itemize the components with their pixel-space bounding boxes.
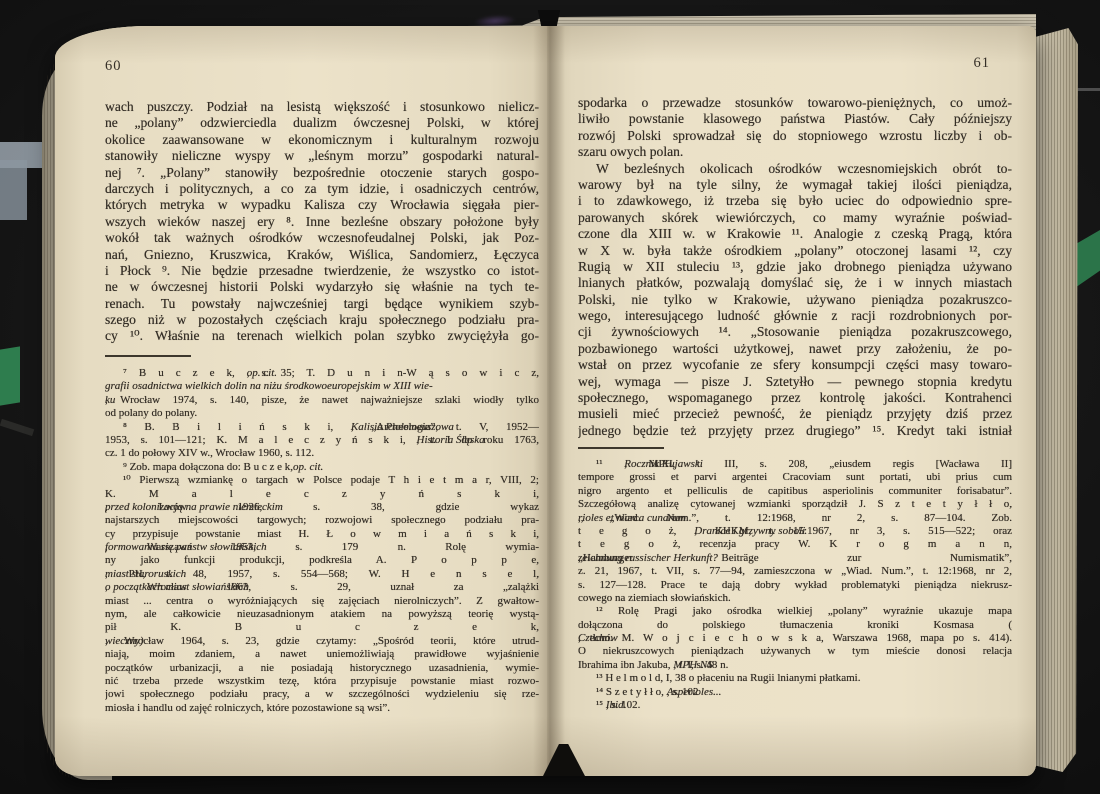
- text-line: nić trzeba przede wszystkim tezę, która …: [105, 675, 539, 688]
- text-line: ⁹ Zob. mapa dołączona do: B u c z e k, o…: [105, 461, 539, 474]
- text-line: Polski, nie tylko w Krakowie, używano pi…: [578, 292, 1012, 308]
- text-line: nym, ale całkowicie nieuzasadnionym atak…: [105, 608, 539, 621]
- text-line: przed kolonizacją na prawie niemieckim, …: [105, 501, 539, 514]
- text-line: których metryka w wypadku Kalisza czy Wr…: [105, 197, 539, 213]
- text-line: stanowiły nieliczne wyspy w „leśnym morz…: [105, 148, 539, 164]
- text-line: zeichnung russischer Herkunft? „Hamburge…: [578, 552, 1012, 565]
- right-fore-edge-page-stack: [1030, 28, 1078, 772]
- text-line: wszych wieków naszej ery ⁸. Inne bezleśn…: [105, 214, 539, 230]
- text-line: K. M a l e c z y ń s k i, Najstarsze tar…: [105, 488, 539, 501]
- right-page-body-text: spodarka o przewadze stosunków towarowo-…: [578, 95, 1012, 439]
- text-line: cji żywnościowych ¹⁴. „Stosowanie pienią…: [578, 324, 1012, 340]
- text-line: O niekruszcowych pieniądzach używanych w…: [578, 645, 1012, 658]
- text-line: i to zdawkowego, iż trzeba się było ucie…: [578, 193, 1012, 209]
- text-line: Czechów, tłum. M. W o j c i e c h o w s …: [578, 632, 1012, 645]
- text-line: ne w ówczesnej historii Polski wydarzyło…: [105, 279, 539, 295]
- text-line: i Płock ⁹. Nie będzie przesadne twierdze…: [105, 263, 539, 279]
- book-photo: 60 wach puszczy. Podział na lesistą więk…: [0, 0, 1100, 794]
- right-page-footnotes: ¹¹ Rocznik Kujawski, MPH, t. III, s. 208…: [578, 458, 1012, 712]
- text-line: wieczny), Wrocław 1964, s. 23, gdzie czy…: [105, 635, 539, 648]
- text-line: początków urbanizacji, a nie posiadają h…: [105, 662, 539, 675]
- text-line: ¹¹ Rocznik Kujawski, MPH, t. III, s. 208…: [578, 458, 1012, 471]
- page-number-left: 60: [105, 58, 165, 75]
- text-line: niają, moim zdaniem, a nawet uniemożliwi…: [105, 648, 539, 661]
- text-line: ¹⁰ Pierwszą wzmiankę o targach w Polsce …: [105, 474, 539, 487]
- text-line: pozbawionego wartości użytkowej, nawet p…: [578, 341, 1012, 357]
- text-line: dołączona do polskiego tłumaczenia kroni…: [578, 619, 1012, 632]
- text-line: renach. Tu powstały najwcześniej targi b…: [105, 296, 539, 312]
- text-line: o początkach miast słowiańskich, Wrocław…: [105, 581, 539, 594]
- footnote-separator-right: [578, 447, 664, 449]
- text-line: rozwój Polski sprowadzał się do stopniow…: [578, 128, 1012, 144]
- text-line: 1953, s. 101—121; K. M a l e c z y ń s k…: [105, 434, 539, 447]
- text-line: spodarka o przewadze stosunków towarowo-…: [578, 95, 1012, 111]
- text-line: ¹⁵ Ibid., s. 102.: [578, 699, 1012, 712]
- green-cover-edge-left: [0, 346, 20, 405]
- text-line: warowy był na tyle silny, że wymagał tak…: [578, 177, 1012, 193]
- text-line: najstarszych miejscowości targowych; roz…: [105, 514, 539, 527]
- text-line: wej, wymaga — pisze J. Sztetyłło — pewne…: [578, 374, 1012, 390]
- text-line: Ibrahima ibn Jakuba, MPH NS, t. I, s. 48…: [578, 659, 1012, 672]
- text-line: ne „polany” odzwierciedla dualizm ówczes…: [105, 115, 539, 131]
- text-line: nigro argento et pelliculis de capitibus…: [578, 485, 1012, 498]
- text-line: szaru owych polan.: [578, 144, 1012, 160]
- text-line: ¹⁴ S z e t y ł ł o, Asperioles..., s. 10…: [578, 686, 1012, 699]
- text-line: Szczegółową analizę cytowanej wzmianki s…: [578, 498, 1012, 511]
- text-line: miast ... centra o wyróżniających się za…: [105, 595, 539, 608]
- text-line: parowanych skórek wiewiórczych, co mamy …: [578, 210, 1012, 226]
- text-line: grafii osadnictwa wielkich dolin na niżu…: [105, 380, 539, 393]
- text-line: musieli mieć przecież pewność, że pienią…: [578, 406, 1012, 422]
- left-page-footnotes: ⁷ B u c z e k, op. cit., s. 35; T. D u n…: [105, 367, 539, 715]
- text-line: W bezleśnych okolicach ośrodków wczesnom…: [578, 161, 1012, 177]
- text-line: ku, Wrocław 1974, s. 140, pisze, że nawe…: [105, 394, 539, 407]
- left-page-body-text: wach puszczy. Podział na lesistą większo…: [105, 99, 539, 345]
- text-line: rioles et marca cunarum,, „Wiad. Num.”, …: [578, 512, 1012, 525]
- text-line: ¹² Rolę Pragi jako ośrodka wielkiej „pol…: [578, 605, 1012, 618]
- text-line: społecznego, wspomaganego przez kontrolę…: [578, 390, 1012, 406]
- text-line: wokół tak ważnych ośrodków wczesnofeudal…: [105, 230, 539, 246]
- text-line: darczych i politycznych, a co za tym idz…: [105, 181, 539, 197]
- text-line: z. 21, 1967, t. VII, s. 77—94, zamieszcz…: [578, 565, 1012, 578]
- text-line: okolice zaawansowane w ekonomicznym i ku…: [105, 132, 539, 148]
- text-line: wach puszczy. Podział na lesistą większo…: [105, 99, 539, 115]
- page-number-right: 61: [578, 55, 1012, 72]
- text-line: Rugią w XII stuleciu ¹³, gdzie jako drob…: [578, 259, 1012, 275]
- text-line: s. 127—128. Prace te dają dobry wykład p…: [578, 579, 1012, 592]
- background-shadow-line-left: [0, 419, 34, 436]
- text-line: jednego będzie też przyjęty przez drugie…: [578, 423, 1012, 439]
- text-line: cy przypisuje powstanie miast H. Ł o w m…: [105, 528, 539, 541]
- text-line: jowi społecznego podziału pracy, a w szc…: [105, 688, 539, 701]
- text-line: t e g o ż, recenzja pracy W. K r o g m a…: [578, 538, 1012, 551]
- text-line: ¹³ H e l m o l d, I, 38 o płaceniu na Ru…: [578, 672, 1012, 685]
- text-line: wstał on przez wycofanie ze sfery konsum…: [578, 357, 1012, 373]
- text-line: ny jako funkcji produkcji, podkreśla A. …: [105, 554, 539, 567]
- text-line: t e g o ż, Dranice i grzywny soboli, KHK…: [578, 525, 1012, 538]
- text-line: szego niż w pozostałych częściach kraju …: [105, 312, 539, 328]
- text-line: czone dla XIII w. w Krakowie ¹¹. Analogi…: [578, 226, 1012, 242]
- text-line: nań, Gniezno, Kruszwica, Kraków, Wiślica…: [105, 247, 539, 263]
- text-line: lnianych płatków, pozwalają domyślać się…: [578, 275, 1012, 291]
- text-line: liwiło powstanie klasowego państwa Piast…: [578, 111, 1012, 127]
- text-line: cz. 1 do połowy XIV w., Wrocław 1960, s.…: [105, 447, 539, 460]
- text-line: wego, interesującego ludność głównie z r…: [578, 308, 1012, 324]
- text-line: cy ¹⁰. Właśnie na terenach wielkich pola…: [105, 328, 539, 344]
- text-line: miast staroruskich, PH, t. 48, 1957, s. …: [105, 568, 539, 581]
- text-line: cowego na ziemiach słowiańskich.: [578, 592, 1012, 605]
- text-line: tempore grossi et parvi argentei Cracovi…: [578, 471, 1012, 484]
- footnote-separator-left: [105, 355, 191, 357]
- text-line: nej ⁷. „Polany” stanowiły bezpośrednie o…: [105, 165, 539, 181]
- text-line: miosła i handlu od zajęć rolniczych, któ…: [105, 702, 539, 715]
- text-line: ⁷ B u c z e k, op. cit., s. 35; T. D u n…: [105, 367, 539, 380]
- text-line: w X w. była także ośrodkiem „polany” oto…: [578, 243, 1012, 259]
- text-line: od polany do polany.: [105, 407, 539, 420]
- background-gray-bar: [0, 160, 27, 220]
- text-line: ⁸ B. B i l i ń s k i, Kalisia Ptolemeusz…: [105, 421, 539, 434]
- text-line: pił K. B u c z e k, Targi i miasta na pr…: [105, 621, 539, 634]
- text-line: formowania się państw słowiańskich, Wars…: [105, 541, 539, 554]
